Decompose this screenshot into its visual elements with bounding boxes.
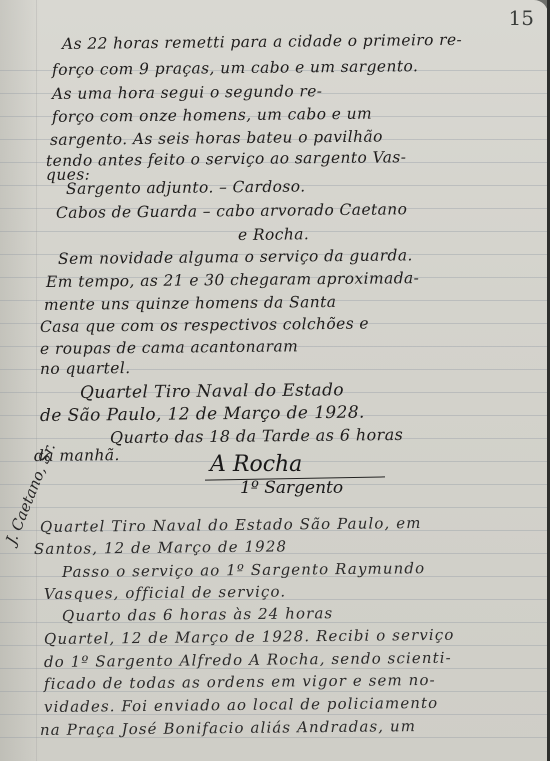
entry2-line: Quarto das 6 horas às 24 horas — [62, 604, 333, 625]
page-number: 15 — [509, 6, 534, 30]
entry1-line: e Rocha. — [238, 225, 309, 244]
entry2-line: na Praça José Bonifacio aliás Andradas, … — [40, 717, 416, 739]
entry2-line: Quartel Tiro Naval do Estado São Paulo, … — [40, 514, 422, 536]
place-line: Quartel Tiro Naval do Estado — [80, 380, 344, 403]
entry2-line: Santos, 12 de Março de 1928 — [34, 537, 287, 558]
entry2-line: Vasques, official de serviço. — [44, 582, 286, 603]
entry1-line: tendo antes feito o serviço ao sargento … — [46, 148, 407, 170]
entry1-line: no quartel. — [40, 359, 131, 378]
entry1-line: forço com 9 praças, um cabo e um sargent… — [52, 57, 418, 79]
entry2-line: ficado de todas as ordens em vigor e sem… — [44, 671, 436, 693]
entry2-line: Passo o serviço ao 1º Sargento Raymundo — [62, 559, 425, 581]
date-line: de São Paulo, 12 de Março de 1928. — [40, 403, 365, 426]
margin-line — [36, 0, 37, 761]
entry1-line: sargento. As seis horas bateu o pavilhão — [50, 128, 383, 149]
entry1-line: Cabos de Guarda – cabo arvorado Caetano — [56, 200, 408, 222]
entry1-line: Sargento adjunto. – Cardoso. — [66, 177, 306, 198]
entry1-line: Casa que com os respectivos colchões e — [40, 315, 369, 336]
entry1-line: e roupas de cama acantonaram — [40, 337, 298, 358]
ruled-line — [0, 507, 548, 508]
entry1-line: As 22 horas remetti para a cidade o prim… — [62, 31, 462, 53]
ledger-page: 15 As 22 horas remetti para a cidade o p… — [0, 0, 548, 761]
entry1-line: Em tempo, as 21 e 30 chegaram aproximada… — [46, 269, 419, 291]
entry1-line: mente uns quinze homens da Santa — [44, 293, 337, 314]
entry1-line: As uma hora segui o segundo re- — [52, 82, 323, 103]
signature-title: 1º Sargento — [240, 478, 343, 498]
signature: A Rocha — [210, 452, 302, 477]
entry1-line: forço com onze homens, um cabo e um — [52, 105, 372, 126]
entry1-line: Sem novidade alguma o serviço da guarda. — [58, 246, 413, 268]
shift-line: Quarto das 18 da Tarde as 6 horas — [110, 425, 403, 447]
entry2-line: vidades. Foi enviado ao local de policia… — [44, 694, 438, 716]
